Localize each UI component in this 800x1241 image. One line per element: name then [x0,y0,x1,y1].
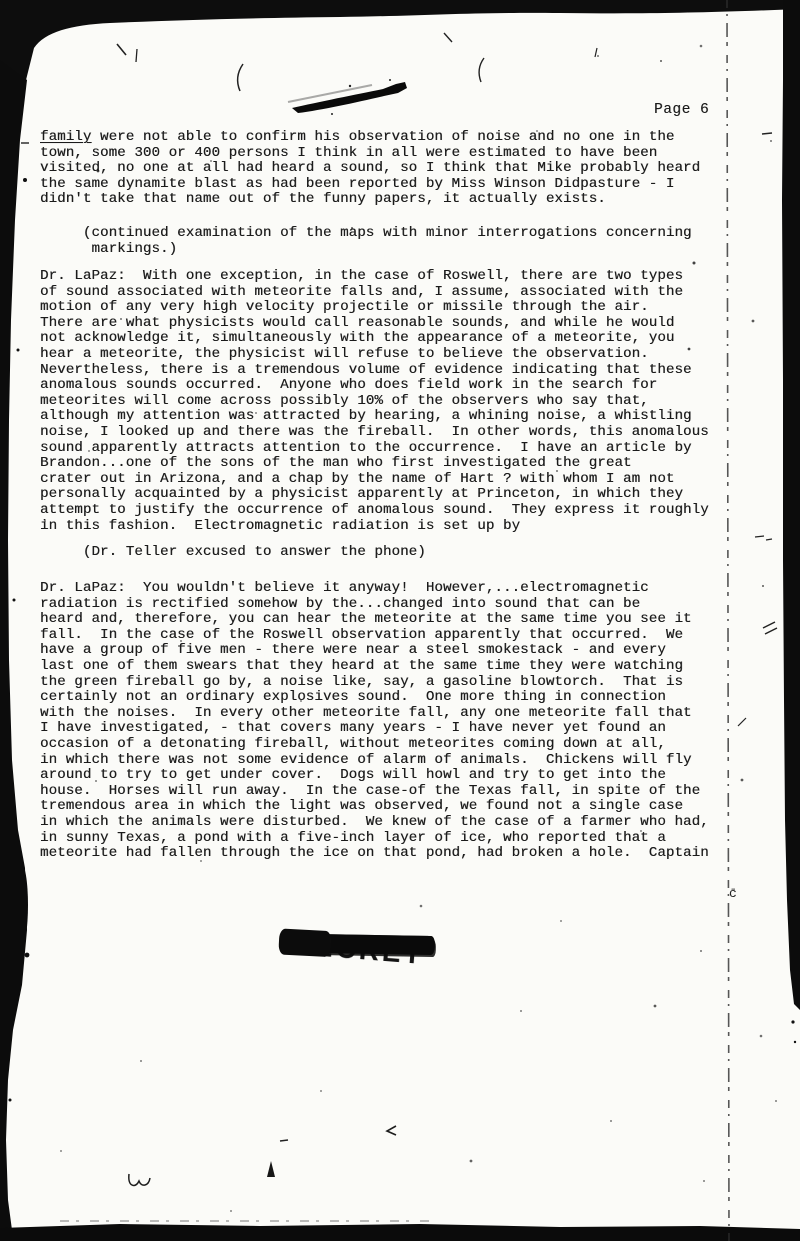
stray-slash-mark [117,44,126,55]
paragraph-lapaz-electromagnetic: Dr. LaPaz: You wouldn't believe it anywa… [40,581,709,862]
stray-slash-mark [444,33,452,42]
paragraph-continued-examination: (continued examination of the maps with … [40,226,692,257]
stray-dash-mark [766,539,772,540]
stray-chevron-mark [387,1126,396,1135]
scanned-document-page: { "page": { "number_label": "Page 6" }, … [0,0,800,1241]
stray-double-slash-mark [763,622,777,634]
fold-line [727,0,729,1241]
scan-edge-right [782,0,800,1010]
stray-slash-mark [738,718,746,726]
stray-paren-mark [479,58,484,82]
scan-edge-top [0,0,800,92]
stray-dash-mark [755,536,764,537]
stray-tick-mark [136,49,137,62]
redaction-smudge-icon [288,79,407,115]
margin-mark: c̄ [729,886,737,901]
scan-edge-left [0,60,27,1230]
scan-edge-bottom [0,1224,800,1241]
scan-noise-speckles [0,0,2,2]
stray-paren-mark [238,64,243,91]
stray-dash-mark [280,1140,288,1141]
stray-blob-mark [267,1161,275,1177]
paragraph-text: were not able to confirm his observation… [40,129,700,207]
underlined-word: family [40,129,91,145]
stray-tick-mark [595,48,597,57]
page-number: Page 6 [654,102,709,118]
classification-stamp: SECRET [290,927,433,986]
paragraph-family-noise: family were not able to confirm his obse… [40,130,700,208]
paragraph-teller-phone-note: (Dr. Teller excused to answer the phone) [40,545,426,561]
stray-squiggle-mark [129,1174,150,1186]
redaction-strike-icon [283,933,435,955]
stray-dash-mark [762,133,772,134]
paragraph-lapaz-two-types-of-sound: Dr. LaPaz: With one exception, in the ca… [40,269,709,534]
